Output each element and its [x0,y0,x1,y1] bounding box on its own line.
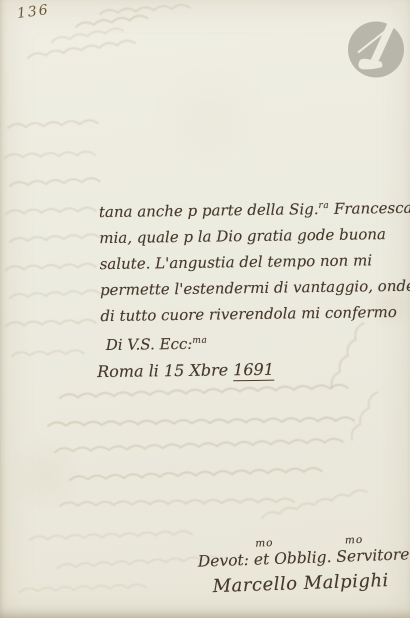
letter-text-block: tana anche p parte della Sig.ra Francesc… [95,192,408,385]
underlined-year: 1691 [233,360,274,382]
auction-house-monogram-icon [347,21,405,79]
signature-block: mo mo Devot: et Obblig. Servitore Marcel… [197,532,409,597]
letter-photo: 136 tana anche p parte della Sig.ra Fran… [0,0,410,618]
superscript-abbreviation: ra [318,201,329,211]
scanned-letter-page: { "page": { "folio_number": "136" }, "co… [0,0,410,618]
valediction: Devot: et Obblig. Servitore [198,545,409,570]
superscript-abbreviation: mo [345,534,364,548]
letter-line: di tutto cuore riverendola mi confermo [96,299,406,329]
letter-closing-line: Di V.S. Ecc:ma [97,325,407,358]
superscript-abbreviation: mo [255,537,274,551]
superscript-abbreviation: ma [192,336,207,346]
letter-line: tana anche p parte della Sig.ra Francesc… [95,192,405,225]
dateline: Roma li 15 Xbre 1691 [97,355,407,385]
